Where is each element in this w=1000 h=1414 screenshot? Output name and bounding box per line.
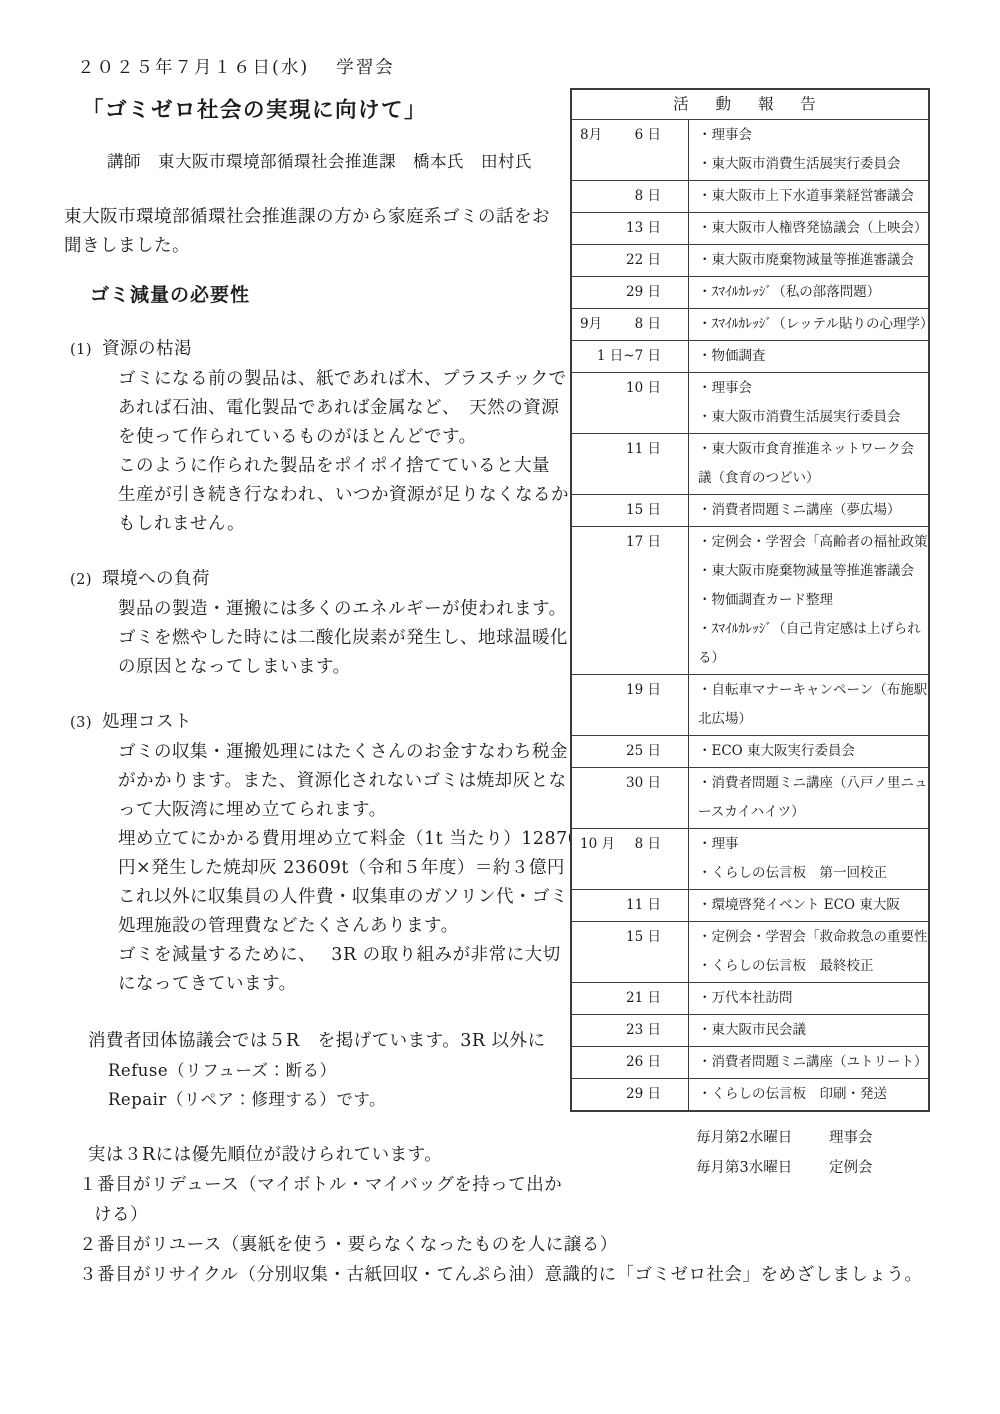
section-text-line: 処理施設の管理費などたくさんあります。 (64, 912, 584, 941)
activity-cell: ・消費者問題ミニ講座（八戸ノ里ニュースカイハイツ） (689, 768, 928, 828)
activity-line: ・東大阪市消費生活展実行委員会 (698, 403, 926, 432)
priority-item-line: ２番目がリユース（裏紙を使う・要らなくなったものを人に譲る） (64, 1230, 584, 1260)
table-row: 25 日・ECO 東大阪実行委員会 (572, 736, 928, 768)
activity-line: ・くらしの伝言板 第一回校正 (698, 859, 926, 888)
activity-line: る） (698, 644, 926, 673)
day-label: 13 日 (626, 220, 661, 236)
day-label: 11 日 (626, 441, 661, 457)
necessity-heading: ゴミ減量の必要性 (64, 282, 584, 309)
date-cell: 19 日 (572, 675, 689, 735)
day-label: 23 日 (626, 1022, 661, 1038)
priority-item-line: ける） (64, 1200, 584, 1230)
date-cell: 1 日~7 日 (572, 341, 689, 372)
five-r-block: 消費者団体協議会では５R を掲げています。3R 以外にRefuse（リフューズ：… (64, 1027, 584, 1114)
table-row: 13 日・東大阪市人権啓発協議会（上映会） (572, 213, 928, 245)
date-cell: 17 日 (572, 527, 689, 674)
activity-cell: ・東大阪市民会議 (689, 1015, 928, 1046)
activity-cell: ・東大阪市上下水道事業経営審議会 (689, 181, 928, 212)
day-label: 15 日 (626, 502, 661, 518)
section-heading: (3)処理コスト (64, 708, 584, 738)
table-row: 19 日・自転車マナーキャンペーン（布施駅北広場） (572, 675, 928, 736)
section-number: (2) (70, 572, 92, 588)
activity-line: ・環境啓発イベント ECO 東大阪 (698, 891, 926, 920)
activity-line: ・理事 (698, 830, 926, 859)
table-row: 26 日・消費者問題ミニ講座（ユトリート） (572, 1047, 928, 1079)
date-cell: 23 日 (572, 1015, 689, 1046)
five-r-item: Repair（リペア：修理する）です。 (64, 1085, 584, 1114)
table-row: 11 日・環境啓発イベント ECO 東大阪 (572, 890, 928, 922)
footer-schedule-value: 定例会 (829, 1160, 873, 1176)
activity-cell: ・ｽﾏｲﾙｶﾚｯｼﾞ（私の部落問題） (689, 277, 928, 308)
section-number: (1) (70, 342, 92, 358)
activity-line: ・くらしの伝言板 印刷・発送 (698, 1080, 926, 1109)
lecturer-line: 講師 東大阪市環境部循環社会推進課 橋本氏 田村氏 (64, 150, 584, 174)
table-row: 8 日・東大阪市上下水道事業経営審議会 (572, 181, 928, 213)
activity-line: ・ｽﾏｲﾙｶﾚｯｼﾞ（自己肯定感は上げられ (698, 615, 926, 644)
activity-report: 活 動 報 告 8月6 日・理事会・東大阪市消費生活展実行委員会8 日・東大阪市… (570, 88, 930, 1183)
document-title: 「ゴミゼロ社会の実現に向けて」 (64, 96, 584, 126)
activity-line: 議（食育のつどい） (698, 464, 926, 493)
month-label: 8月 (580, 121, 602, 150)
table-row: 23 日・東大阪市民会議 (572, 1015, 928, 1047)
activity-cell: ・ｽﾏｲﾙｶﾚｯｼﾞ（レッテル貼りの心理学） (689, 309, 928, 340)
activity-cell: ・物価調査 (689, 341, 928, 372)
table-row: 29 日・くらしの伝言板 印刷・発送 (572, 1079, 928, 1110)
section-text-line: の原因となってしまいます。 (64, 653, 584, 682)
date-cell: 25 日 (572, 736, 689, 767)
section-heading: (2)環境への負荷 (64, 565, 584, 595)
section-title: 環境への負荷 (102, 569, 210, 589)
date-cell: 29 日 (572, 1079, 689, 1110)
activity-line: ・消費者問題ミニ講座（ユトリート） (698, 1048, 926, 1077)
activity-line: ・ｽﾏｲﾙｶﾚｯｼﾞ（私の部落問題） (698, 278, 926, 307)
five-r-item: Refuse（リフューズ：断る） (64, 1056, 584, 1085)
table-title: 活 動 報 告 (572, 90, 928, 120)
date-cell: 22 日 (572, 245, 689, 276)
section-text-line: 埋め立てにかかる費用埋め立て料金（1t 当たり）12870 (64, 825, 584, 854)
day-label: 15 日 (626, 929, 661, 945)
section-text-line: あれば石油、電化製品であれば金属など、 天然の資源 (64, 394, 584, 423)
activity-line: ・東大阪市消費生活展実行委員会 (698, 150, 926, 179)
section-text-line: 円×発生した焼却灰 23609t（令和５年度）＝約３億円 (64, 854, 584, 883)
table-row: 10 月8 日・理事・くらしの伝言板 第一回校正 (572, 829, 928, 890)
day-label: 25 日 (626, 743, 661, 759)
activity-cell: ・ECO 東大阪実行委員会 (689, 736, 928, 767)
section-text-line: ゴミになる前の製品は、紙であれば木、プラスチックで (64, 365, 584, 394)
date-cell: 15 日 (572, 922, 689, 982)
activity-line: ・物価調査 (698, 342, 926, 371)
day-label: 11 日 (626, 897, 661, 913)
date-cell: 8 日 (572, 181, 689, 212)
footer-schedule-label: 毎月第2水曜日 (696, 1123, 829, 1153)
activity-cell: ・定例会・学習会「高齢者の福祉政策」・東大阪市廃棄物減量等推進審議会・物価調査カ… (689, 527, 928, 674)
date-cell: 21 日 (572, 983, 689, 1014)
footer-schedule-label: 毎月第3水曜日 (696, 1153, 829, 1183)
section-text-line: ゴミを減量するために、 3R の取り組みが非常に大切 (64, 941, 584, 970)
section-title: 資源の枯渇 (102, 339, 192, 359)
activity-line: ・東大阪市食育推進ネットワーク会 (698, 435, 926, 464)
date-cell: 10 月8 日 (572, 829, 689, 889)
section-heading: (1)資源の枯渇 (64, 335, 584, 365)
section-text-line: 製品の製造・運搬には多くのエネルギーが使われます。 (64, 595, 584, 624)
table-footer: 毎月第2水曜日理事会毎月第3水曜日定例会 (570, 1123, 930, 1183)
table-row: 11 日・東大阪市食育推進ネットワーク会議（食育のつどい） (572, 434, 928, 495)
section-text-line: もしれません。 (64, 510, 584, 539)
activity-cell: ・東大阪市廃棄物減量等推進審議会 (689, 245, 928, 276)
activity-cell: ・くらしの伝言板 印刷・発送 (689, 1079, 928, 1110)
footer-line: 毎月第3水曜日定例会 (696, 1153, 930, 1183)
activity-cell: ・理事会・東大阪市消費生活展実行委員会 (689, 373, 928, 433)
activity-cell: ・定例会・学習会「救命救急の重要性」・くらしの伝言板 最終校正 (689, 922, 928, 982)
section-text-line: ゴミの収集・運搬処理にはたくさんのお金すなわち税金 (64, 738, 584, 767)
activity-line: ・東大阪市廃棄物減量等推進審議会 (698, 557, 926, 586)
date-cell: 11 日 (572, 434, 689, 494)
activity-line: ・定例会・学習会「高齢者の福祉政策」 (698, 528, 926, 557)
date-cell: 30 日 (572, 768, 689, 828)
table-row: 22 日・東大阪市廃棄物減量等推進審議会 (572, 245, 928, 277)
activity-cell: ・自転車マナーキャンペーン（布施駅北広場） (689, 675, 928, 735)
day-label: 26 日 (626, 1054, 661, 1070)
day-label: 17 日 (626, 534, 661, 550)
section: (1)資源の枯渇ゴミになる前の製品は、紙であれば木、プラスチックであれば石油、電… (64, 335, 584, 539)
intro-line: 東大阪市環境部循環社会推進課の方から家庭系ゴミの話をお (64, 203, 584, 232)
activity-line: ・ｽﾏｲﾙｶﾚｯｼﾞ（レッテル貼りの心理学） (698, 310, 926, 339)
day-label: 19 日 (626, 682, 661, 698)
section-number: (3) (70, 715, 92, 731)
table-body: 8月6 日・理事会・東大阪市消費生活展実行委員会8 日・東大阪市上下水道事業経営… (572, 120, 928, 1110)
document-page: ２０２５年７月１６日(水) 学習会 「ゴミゼロ社会の実現に向けて」 講師 東大阪… (0, 0, 1000, 1414)
day-label: 8 日 (635, 316, 661, 332)
section-text-line: って大阪湾に埋め立てられます。 (64, 796, 584, 825)
meeting-date-line: ２０２５年７月１６日(水) 学習会 (64, 55, 584, 81)
activity-cell: ・消費者問題ミニ講座（ユトリート） (689, 1047, 928, 1078)
priority-lead: 実は３Rには優先順位が設けられています。 (64, 1140, 584, 1170)
day-label: 8 日 (635, 836, 661, 852)
section-text-line: を使って作られているものがほとんどです。 (64, 423, 584, 452)
activity-cell: ・理事・くらしの伝言板 第一回校正 (689, 829, 928, 889)
date-cell: 11 日 (572, 890, 689, 921)
day-label: 1 日~7 日 (597, 348, 661, 364)
day-label: 10 日 (626, 380, 661, 396)
month-label: 10 月 (580, 830, 615, 859)
activity-cell: ・東大阪市食育推進ネットワーク会議（食育のつどい） (689, 434, 928, 494)
section-text-line: これ以外に収集員の人件費・収集車のガソリン代・ゴミ (64, 883, 584, 912)
activity-cell: ・環境啓発イベント ECO 東大阪 (689, 890, 928, 921)
month-label: 9月 (580, 310, 602, 339)
activity-line: ・理事会 (698, 121, 926, 150)
activity-line: ・東大阪市民会議 (698, 1016, 926, 1045)
day-label: 21 日 (626, 990, 661, 1006)
day-label: 22 日 (626, 252, 661, 268)
date-cell: 9月8 日 (572, 309, 689, 340)
day-label: 6 日 (635, 127, 661, 143)
day-label: 29 日 (626, 284, 661, 300)
activity-line: ・万代本社訪問 (698, 984, 926, 1013)
numbered-sections: (1)資源の枯渇ゴミになる前の製品は、紙であれば木、プラスチックであれば石油、電… (64, 335, 584, 999)
activity-line: ースカイハイツ） (698, 798, 926, 827)
activity-line: ・消費者問題ミニ講座（夢広場） (698, 496, 926, 525)
day-label: 30 日 (626, 775, 661, 791)
section-text-line: がかかります。また、資源化されないゴミは焼却灰とな (64, 767, 584, 796)
section-text-line: 生産が引き続き行なわれ、いつか資源が足りなくなるか (64, 481, 584, 510)
five-r-lead: 消費者団体協議会では５R を掲げています。3R 以外に (64, 1027, 584, 1056)
activity-cell: ・理事会・東大阪市消費生活展実行委員会 (689, 120, 928, 180)
section-title: 処理コスト (102, 712, 192, 732)
activity-line: ・理事会 (698, 374, 926, 403)
activity-report-table: 活 動 報 告 8月6 日・理事会・東大阪市消費生活展実行委員会8 日・東大阪市… (570, 88, 930, 1112)
activity-line: ・東大阪市廃棄物減量等推進審議会 (698, 246, 926, 275)
activity-cell: ・消費者問題ミニ講座（夢広場） (689, 495, 928, 526)
table-row: 21 日・万代本社訪問 (572, 983, 928, 1015)
date-cell: 8月6 日 (572, 120, 689, 180)
section: (2)環境への負荷製品の製造・運搬には多くのエネルギーが使われます。ゴミを燃やし… (64, 565, 584, 682)
activity-line: ・消費者問題ミニ講座（八戸ノ里ニュ (698, 769, 926, 798)
table-row: 8月6 日・理事会・東大阪市消費生活展実行委員会 (572, 120, 928, 181)
priority-item-line: ３番目がリサイクル（分別収集・古紙回収・てんぷら油）意識的に「ゴミゼロ社会」をめ… (64, 1260, 584, 1290)
footer-line: 毎月第2水曜日理事会 (696, 1123, 930, 1153)
activity-line: ・自転車マナーキャンペーン（布施駅 (698, 676, 926, 705)
activity-line: 北広場） (698, 705, 926, 734)
date-cell: 26 日 (572, 1047, 689, 1078)
intro-line: 聞きしました。 (64, 232, 584, 261)
table-row: 15 日・消費者問題ミニ講座（夢広場） (572, 495, 928, 527)
table-row: 10 日・理事会・東大阪市消費生活展実行委員会 (572, 373, 928, 434)
footer-schedule-value: 理事会 (829, 1130, 873, 1146)
date-cell: 29 日 (572, 277, 689, 308)
activity-line: ・東大阪市上下水道事業経営審議会 (698, 182, 926, 211)
intro-paragraph: 東大阪市環境部循環社会推進課の方から家庭系ゴミの話をお聞きしました。 (64, 203, 584, 261)
section: (3)処理コストゴミの収集・運搬処理にはたくさんのお金すなわち税金がかかります。… (64, 708, 584, 999)
activity-cell: ・万代本社訪問 (689, 983, 928, 1014)
activity-line: ・定例会・学習会「救命救急の重要性」 (698, 923, 926, 952)
section-text-line: になってきています。 (64, 970, 584, 999)
table-row: 17 日・定例会・学習会「高齢者の福祉政策」・東大阪市廃棄物減量等推進審議会・物… (572, 527, 928, 675)
table-row: 30 日・消費者問題ミニ講座（八戸ノ里ニュースカイハイツ） (572, 768, 928, 829)
activity-line: ・くらしの伝言板 最終校正 (698, 952, 926, 981)
date-cell: 10 日 (572, 373, 689, 433)
date-cell: 15 日 (572, 495, 689, 526)
section-text-line: このように作られた製品をポイポイ捨てていると大量 (64, 452, 584, 481)
priority-item-line: １番目がリデュース（マイボトル・マイバッグを持って出か (64, 1170, 584, 1200)
date-cell: 13 日 (572, 213, 689, 244)
table-row: 9月8 日・ｽﾏｲﾙｶﾚｯｼﾞ（レッテル貼りの心理学） (572, 309, 928, 341)
table-row: 29 日・ｽﾏｲﾙｶﾚｯｼﾞ（私の部落問題） (572, 277, 928, 309)
left-column: ２０２５年７月１６日(水) 学習会 「ゴミゼロ社会の実現に向けて」 講師 東大阪… (64, 55, 584, 1290)
activity-cell: ・東大阪市人権啓発協議会（上映会） (689, 213, 928, 244)
activity-line: ・物価調査カード整理 (698, 586, 926, 615)
section-text-line: ゴミを燃やした時には二酸化炭素が発生し、地球温暖化 (64, 624, 584, 653)
priority-block: 実は３Rには優先順位が設けられています。１番目がリデュース（マイボトル・マイバッ… (64, 1140, 584, 1290)
day-label: 29 日 (626, 1086, 661, 1102)
activity-line: ・東大阪市人権啓発協議会（上映会） (698, 214, 926, 243)
table-row: 1 日~7 日・物価調査 (572, 341, 928, 373)
activity-line: ・ECO 東大阪実行委員会 (698, 737, 926, 766)
table-row: 15 日・定例会・学習会「救命救急の重要性」・くらしの伝言板 最終校正 (572, 922, 928, 983)
day-label: 8 日 (635, 188, 661, 204)
